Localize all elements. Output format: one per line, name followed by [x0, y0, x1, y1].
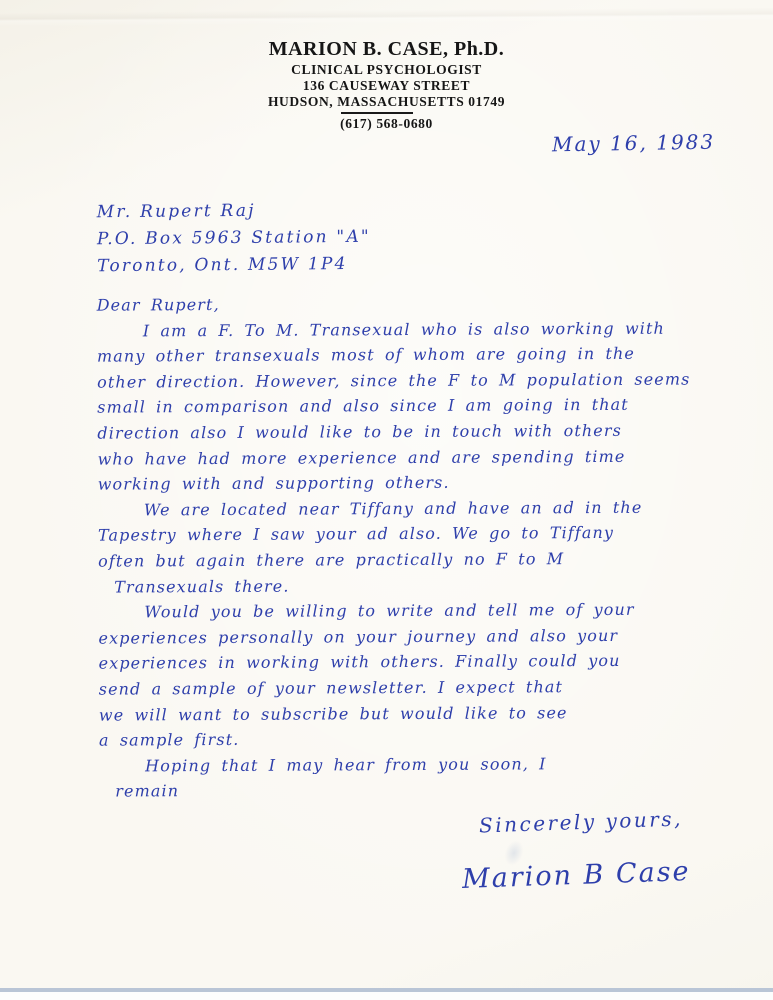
paragraph3-line2: experiences personally on your journey a… [98, 622, 718, 651]
letter-body: Dear Rupert, I am a F. To M. Transexual … [97, 289, 720, 804]
paragraph4-line2: remain [99, 776, 719, 805]
paragraph3-line1: Would you be willing to write and tell m… [98, 597, 718, 626]
paragraph1-line4: small in comparison and also since I am … [97, 392, 717, 421]
salutation: Dear Rupert, [97, 289, 717, 318]
signature: Marion B Case [462, 856, 691, 895]
recipient-name: Mr. Rupert Raj [97, 197, 371, 226]
paragraph2-line1: We are located near Tiffany and have an … [98, 494, 718, 523]
paragraph3-line5: we will want to subscribe but would like… [99, 699, 719, 728]
paragraph2-line3: often but again there are practically no… [98, 545, 718, 574]
paragraph1-line5: direction also I would like to be in tou… [97, 417, 717, 446]
recipient-address-block: Mr. Rupert Raj P.O. Box 5963 Station "A"… [97, 197, 372, 280]
paper-fold-crease [0, 7, 773, 26]
letterhead-name: MARION B. CASE, Ph.D. [0, 38, 773, 61]
scan-bottom-margin [0, 992, 773, 1000]
scanned-letter-page: MARION B. CASE, Ph.D. CLINICAL PSYCHOLOG… [0, 0, 773, 1000]
paragraph1-line6: who have had more experience and are spe… [97, 443, 717, 472]
paragraph2-line2: Tapestry where I saw your ad also. We go… [98, 520, 718, 549]
paragraph1-line1: I am a F. To M. Transexual who is also w… [97, 315, 717, 344]
paragraph3-line6: a sample first. [99, 724, 719, 753]
closing-phrase: Sincerely yours, [479, 806, 684, 837]
letterhead-city: HUDSON, MASSACHUSETTS 01749 [0, 94, 773, 110]
letterhead: MARION B. CASE, Ph.D. CLINICAL PSYCHOLOG… [0, 38, 773, 132]
paragraph3-line4: send a sample of your newsletter. I expe… [99, 673, 719, 702]
letterhead-title: CLINICAL PSYCHOLOGIST [0, 62, 773, 78]
letterhead-street: 136 CAUSEWAY STREET [0, 78, 773, 94]
paragraph1-line2: many other transexuals most of whom are … [97, 341, 717, 370]
letterhead-divider [341, 112, 413, 114]
paragraph2-line4: Transexuals there. [98, 571, 718, 600]
handwritten-date: May 16, 1983 [552, 130, 716, 157]
recipient-city: Toronto, Ont. M5W 1P4 [97, 251, 371, 280]
paragraph3-line3: experiences in working with others. Fina… [99, 648, 719, 677]
recipient-po-box: P.O. Box 5963 Station "A" [97, 224, 371, 253]
paragraph4-line1: Hoping that I may hear from you soon, I [99, 750, 719, 779]
paragraph1-line3: other direction. However, since the F to… [97, 366, 717, 395]
paragraph1-line7: working with and supporting others. [98, 469, 718, 498]
